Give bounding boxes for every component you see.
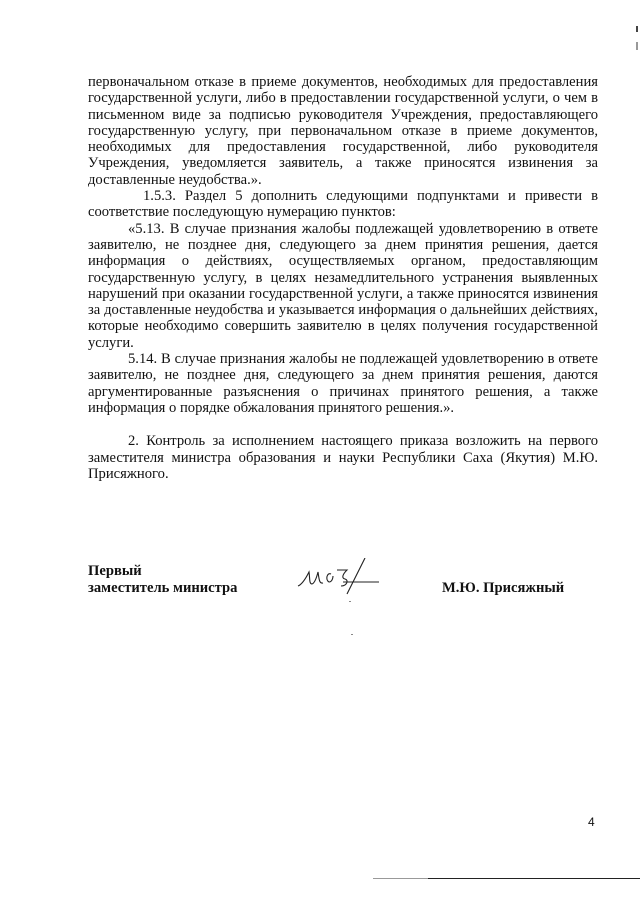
position-line-1: Первый bbox=[88, 563, 237, 580]
paragraph-5-14: 5.14. В случае признания жалобы не подле… bbox=[88, 351, 598, 416]
page-number: 4 bbox=[588, 815, 595, 829]
scan-artifact bbox=[636, 26, 638, 32]
continuation-paragraph: первоначальном отказе в приеме документо… bbox=[88, 74, 598, 188]
scan-dot bbox=[351, 634, 353, 635]
footer-rule-faded bbox=[373, 878, 428, 879]
paragraph-5-13: «5.13. В случае признания жалобы подлежа… bbox=[88, 221, 598, 351]
scan-artifact bbox=[636, 42, 638, 50]
scan-dot bbox=[349, 601, 351, 602]
signatory-name: М.Ю. Присяжный bbox=[442, 580, 564, 597]
paragraph-1-5-3: 1.5.3. Раздел 5 дополнить следующими под… bbox=[88, 188, 598, 221]
handwritten-signature bbox=[295, 558, 385, 598]
document-page: первоначальном отказе в приеме документо… bbox=[0, 0, 640, 905]
signatory-position: Первый заместитель министра bbox=[88, 563, 237, 597]
paragraph-2: 2. Контроль за исполнением настоящего пр… bbox=[88, 433, 598, 482]
document-body: первоначальном отказе в приеме документо… bbox=[88, 74, 598, 482]
position-line-2: заместитель министра bbox=[88, 580, 237, 597]
